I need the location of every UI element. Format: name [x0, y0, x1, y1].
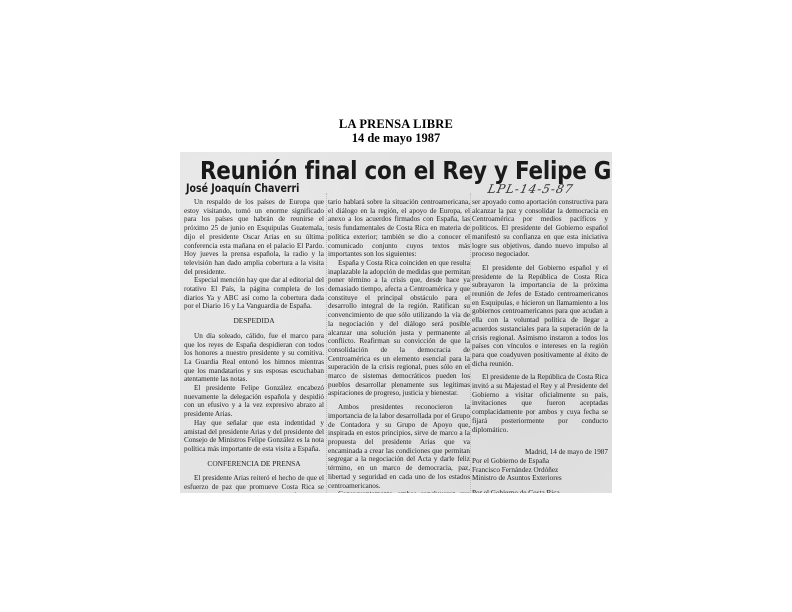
signature-line: Ministro de Asuntos Exteriores [472, 474, 608, 483]
column-divider [470, 193, 471, 493]
paragraph: Especial mención hay que dar al editoria… [184, 276, 324, 311]
paragraph: Un respaldo de los países de Europa que … [184, 198, 324, 276]
signature-block-costa-rica: Por el Gobierno de Costa Rica Rodrigo Ma… [472, 489, 608, 493]
paragraph: ser apoyado como aportación constructiva… [472, 198, 608, 259]
article-column-2: tario hablará sobre la situación centroa… [328, 198, 470, 493]
paragraph: Ambos presidentes reconocieron la import… [328, 403, 470, 490]
article-column-3: ser apoyado como aportación constructiva… [472, 198, 608, 493]
handwritten-note: LPL-14-5-87 [487, 182, 575, 196]
paragraph: Un día soleado, cálido, fue el marco par… [184, 332, 324, 384]
paragraph: Consecuentemente, ambos concluyeron que … [328, 490, 470, 493]
place-date: Madrid, 14 de mayo de 1987 [472, 448, 608, 457]
subheading-despedida: DESPEDIDA [184, 317, 324, 326]
newspaper-clipping: Reunión final con el Rey y Felipe Gonzál… [180, 152, 612, 493]
publication-name: LA PRENSA LIBRE [0, 117, 792, 131]
paragraph: España y Costa Rica coinciden en que res… [328, 259, 470, 398]
paragraph: El presidente Felipe González encabezó n… [184, 384, 324, 419]
signature-line: Por el Gobierno de España [472, 457, 608, 466]
paragraph: El presidente del Gobierno español y el … [472, 264, 608, 368]
signature-block-spain: Por el Gobierno de España Francisco Fern… [472, 457, 608, 483]
article-column-1: Un respaldo de los países de Europa que … [184, 198, 324, 493]
signature-line: Por el Gobierno de Costa Rica [472, 489, 608, 493]
paragraph: El presidente Arias reiteró el hecho de … [184, 474, 324, 493]
paragraph: tario hablará sobre la situación centroa… [328, 198, 470, 259]
document-header: LA PRENSA LIBRE 14 de mayo 1987 [0, 117, 792, 145]
paragraph: El presidente de la República de Costa R… [472, 373, 608, 434]
signature-line: Francisco Fernández Ordóñez [472, 466, 608, 475]
column-divider [326, 193, 327, 493]
subheading-conferencia: CONFERENCIA DE PRENSA [184, 460, 324, 469]
paragraph: Hay que señalar que esta indentidad y am… [184, 419, 324, 454]
publication-date: 14 de mayo 1987 [0, 131, 792, 145]
byline: José Joaquín Chaverri [186, 181, 299, 195]
